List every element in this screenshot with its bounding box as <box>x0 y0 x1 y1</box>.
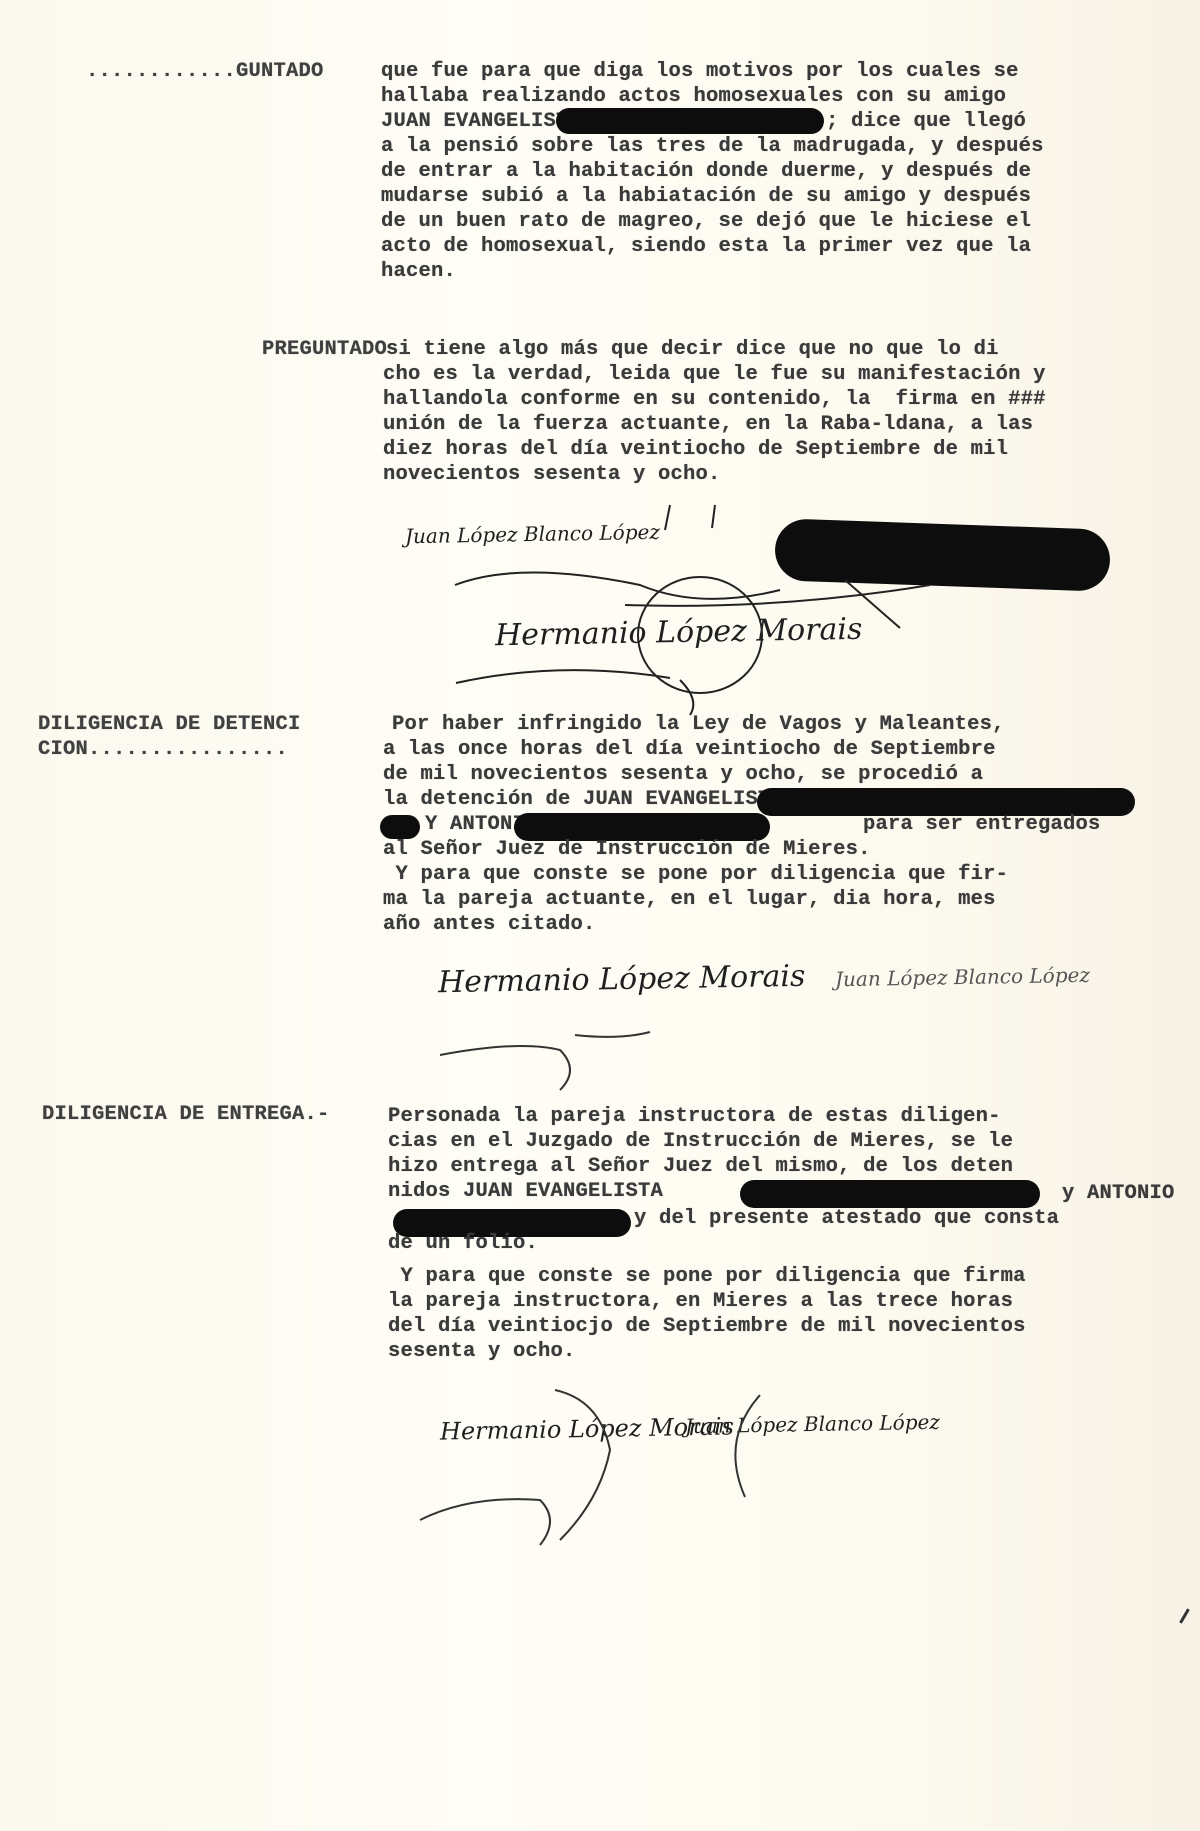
text-line: de entrar a la habitación donde duerme, … <box>381 160 1031 184</box>
text-line: de un folio. <box>388 1232 538 1256</box>
redaction-bar <box>774 518 1111 592</box>
pen-mark <box>1179 1608 1190 1623</box>
text-line: novecientos sesenta y ocho. <box>383 463 721 487</box>
text-line: mudarse subió a la habiatación de su ami… <box>381 185 1031 209</box>
text-line: y ANTONIO <box>1062 1182 1175 1206</box>
text-line: año antes citado. <box>383 913 596 937</box>
signature-flourish <box>0 0 1 1</box>
section-label: DILIGENCIA DE ENTREGA.- <box>42 1103 330 1127</box>
text-line: Por haber infringido la Ley de Vagos y M… <box>392 713 1005 737</box>
section-label: CION................ <box>38 738 288 762</box>
text-line: para ser entregados <box>863 813 1101 837</box>
text-line: Y para que conste se pone por diligencia… <box>388 1265 1026 1289</box>
text-line: ; dice que llegó <box>826 110 1026 134</box>
text-line: cho es la verdad, leida que le fue su ma… <box>383 363 1046 387</box>
document-page: ............GUNTADO que fue para que dig… <box>0 0 1200 1831</box>
text-line: cias en el Juzgado de Instrucción de Mie… <box>388 1130 1013 1154</box>
signature: Juan López Blanco López <box>405 520 660 548</box>
text-line: que fue para que diga los motivos por lo… <box>381 60 1019 84</box>
text-line: unión de la fuerza actuante, en la Raba-… <box>383 413 1033 437</box>
text-line: a la pensió sobre las tres de la madruga… <box>381 135 1044 159</box>
text-line: hacen. <box>381 260 456 284</box>
redaction-bar <box>514 813 770 841</box>
section-label: DILIGENCIA DE DETENCI <box>38 713 301 737</box>
signature: Juan López Blanco López <box>685 1410 940 1438</box>
text-line: hallandola conforme en su contenido, la … <box>383 388 1046 412</box>
text-line: si tiene algo más que decir dice que no … <box>386 338 999 362</box>
text-line: ma la pareja actuante, en el lugar, dia … <box>383 888 996 912</box>
redaction-bar <box>740 1180 1040 1208</box>
signature: Juan López Blanco López <box>835 963 1090 991</box>
text-line: sesenta y ocho. <box>388 1340 576 1364</box>
text-line: hizo entrega al Señor Juez del mismo, de… <box>388 1155 1013 1179</box>
text-line: nidos JUAN EVANGELISTA <box>388 1180 663 1204</box>
text-line: del día veintiocjo de Septiembre de mil … <box>388 1315 1026 1339</box>
signature: Hermanio López Morais <box>495 612 863 653</box>
signature: Hermanio López Morais <box>438 959 806 1000</box>
text-line: Y para que conste se pone por diligencia… <box>383 863 1008 887</box>
text-line: acto de homosexual, siendo esta la prime… <box>381 235 1031 259</box>
section-label: PREGUNTADO <box>262 338 387 362</box>
section-label: ............GUNTADO <box>86 60 324 84</box>
redaction-bar <box>556 108 824 134</box>
text-line: hallaba realizando actos homosexuales co… <box>381 85 1006 109</box>
redaction-bar <box>757 788 1135 816</box>
text-line: la pareja instructora, en Mieres a las t… <box>388 1290 1013 1314</box>
text-line: Personada la pareja instructora de estas… <box>388 1105 1001 1129</box>
text-line: al Señor Juez de Instrucción de Mieres. <box>383 838 871 862</box>
text-line: diez horas del día veintiocho de Septiem… <box>383 438 1008 462</box>
redaction-bar <box>380 815 420 839</box>
text-line: JUAN EVANGELISTA <box>381 110 581 134</box>
text-line: y del presente atestado que consta <box>634 1207 1059 1231</box>
text-line: de mil novecientos sesenta y ocho, se pr… <box>383 763 983 787</box>
text-line: de un buen rato de magreo, se dejó que l… <box>381 210 1031 234</box>
text-line: la detención de JUAN EVANGELISTA <box>383 788 783 812</box>
text-line: a las once horas del día veintiocho de S… <box>383 738 996 762</box>
